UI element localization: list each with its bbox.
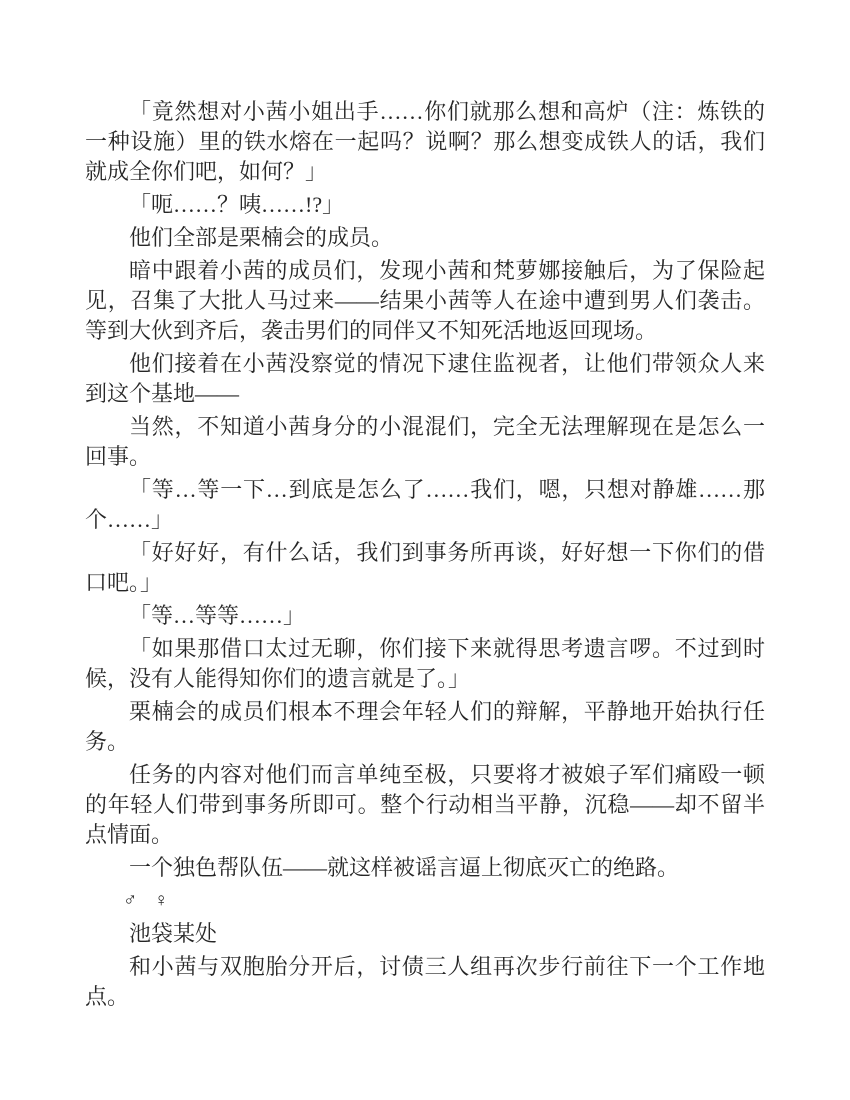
- paragraph-dialogue: 「好好好，有什么话，我们到事务所再谈，好好想一下你们的借口吧。」: [85, 538, 765, 598]
- paragraph-dialogue: 「等…等一下…到底是怎么了……我们，嗯，只想对静雄……那个……」: [85, 475, 765, 535]
- paragraph-dialogue: 「如果那借口太过无聊，你们接下来就得思考遗言啰。不过到时候，没有人能得知你们的遗…: [85, 634, 765, 694]
- paragraph-narration: 他们接着在小茜没察觉的情况下逮住监视者，让他们带领众人来到这个基地——: [85, 349, 765, 409]
- paragraph-narration: 任务的内容对他们而言单纯至极，只要将才被娘子军们痛殴一顿的年轻人们带到事务所即可…: [85, 760, 765, 850]
- gender-symbols-divider: ♂ ♀: [85, 886, 765, 916]
- paragraph-narration: 暗中跟着小茜的成员们，发现小茜和梵萝娜接触后，为了保险起见，召集了大批人马过来—…: [85, 256, 765, 346]
- paragraph-narration: 当然，不知道小茜身分的小混混们，完全无法理解现在是怎么一回事。: [85, 412, 765, 472]
- paragraph-dialogue: 「呃……？咦……!?」: [85, 190, 765, 220]
- paragraph-narration: 一个独色帮队伍——就这样被谣言逼上彻底灭亡的绝路。: [85, 853, 765, 883]
- document-page: 「竟然想对小茜小姐出手……你们就那么想和高炉（注：炼铁的一种设施）里的铁水熔在一…: [85, 97, 765, 1015]
- paragraph-narration: 和小茜与双胞胎分开后，讨债三人组再次步行前往下一个工作地点。: [85, 952, 765, 1012]
- paragraph-dialogue: 「竟然想对小茜小姐出手……你们就那么想和高炉（注：炼铁的一种设施）里的铁水熔在一…: [85, 97, 765, 187]
- paragraph-narration: 栗楠会的成员们根本不理会年轻人们的辩解，平静地开始执行任务。: [85, 697, 765, 757]
- paragraph-narration: 他们全部是栗楠会的成员。: [85, 223, 765, 253]
- scene-heading: 池袋某处: [85, 919, 765, 949]
- text-body: 「竟然想对小茜小姐出手……你们就那么想和高炉（注：炼铁的一种设施）里的铁水熔在一…: [85, 97, 765, 1012]
- paragraph-dialogue: 「等…等等……」: [85, 601, 765, 631]
